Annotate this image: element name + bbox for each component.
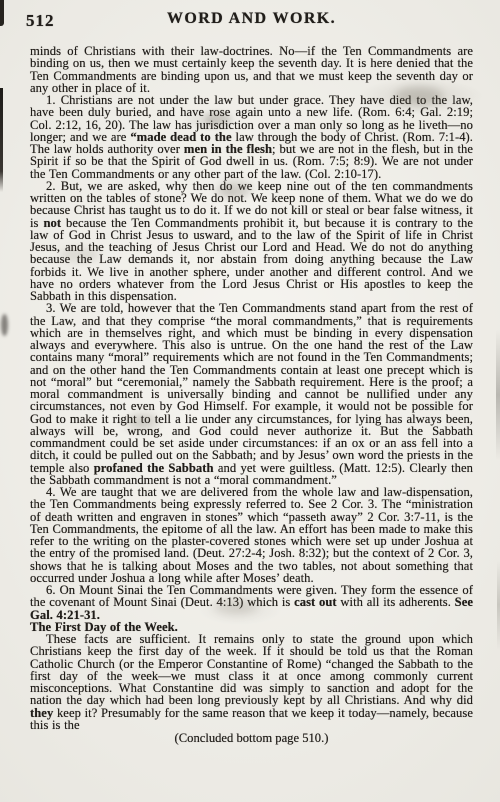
concluded-note: (Concluded bottom page 510.) bbox=[30, 732, 473, 745]
page-title: WORD AND WORK. bbox=[30, 8, 473, 28]
body-text: because the Ten Commandments prohibit it… bbox=[30, 216, 473, 304]
paragraph: 3. We are told, however that the Ten Com… bbox=[30, 302, 473, 486]
paragraph: 6. On Mount Sinai the Ten Commandments w… bbox=[30, 584, 473, 621]
paragraph: These facts are sufficient. It remains o… bbox=[30, 633, 473, 731]
scan-corner-mark bbox=[0, 0, 4, 26]
page-header: 512 WORD AND WORK. bbox=[30, 8, 473, 34]
paragraph: 4. We are taught that we are delivered f… bbox=[30, 486, 473, 584]
body-text: keep it? Presumably for the same reason … bbox=[30, 706, 473, 732]
scan-page-edge bbox=[496, 330, 500, 460]
body-text: These facts are sufficient. It remains o… bbox=[30, 632, 473, 707]
scanned-page: 512 WORD AND WORK. minds of Christians w… bbox=[0, 0, 500, 802]
scan-edge-streak bbox=[0, 88, 3, 192]
article-body: minds of Christians with their law-doctr… bbox=[30, 45, 473, 731]
scan-ink-blotch bbox=[1, 314, 8, 336]
paragraph: 1. Christians are not under the law but … bbox=[30, 94, 473, 180]
page-number: 512 bbox=[26, 11, 55, 31]
paragraph: 2. But, we are asked, why then do we kee… bbox=[30, 180, 473, 303]
body-text: minds of Christians with their law-doctr… bbox=[30, 44, 473, 95]
body-text: with all its adherents. bbox=[337, 595, 455, 609]
body-text: 4. We are taught that we are delivered f… bbox=[30, 485, 473, 585]
emphasized-text: cast out bbox=[294, 595, 337, 609]
body-text: 3. We are told, however that the Ten Com… bbox=[30, 301, 473, 474]
paragraph: minds of Christians with their law-doctr… bbox=[30, 45, 473, 94]
